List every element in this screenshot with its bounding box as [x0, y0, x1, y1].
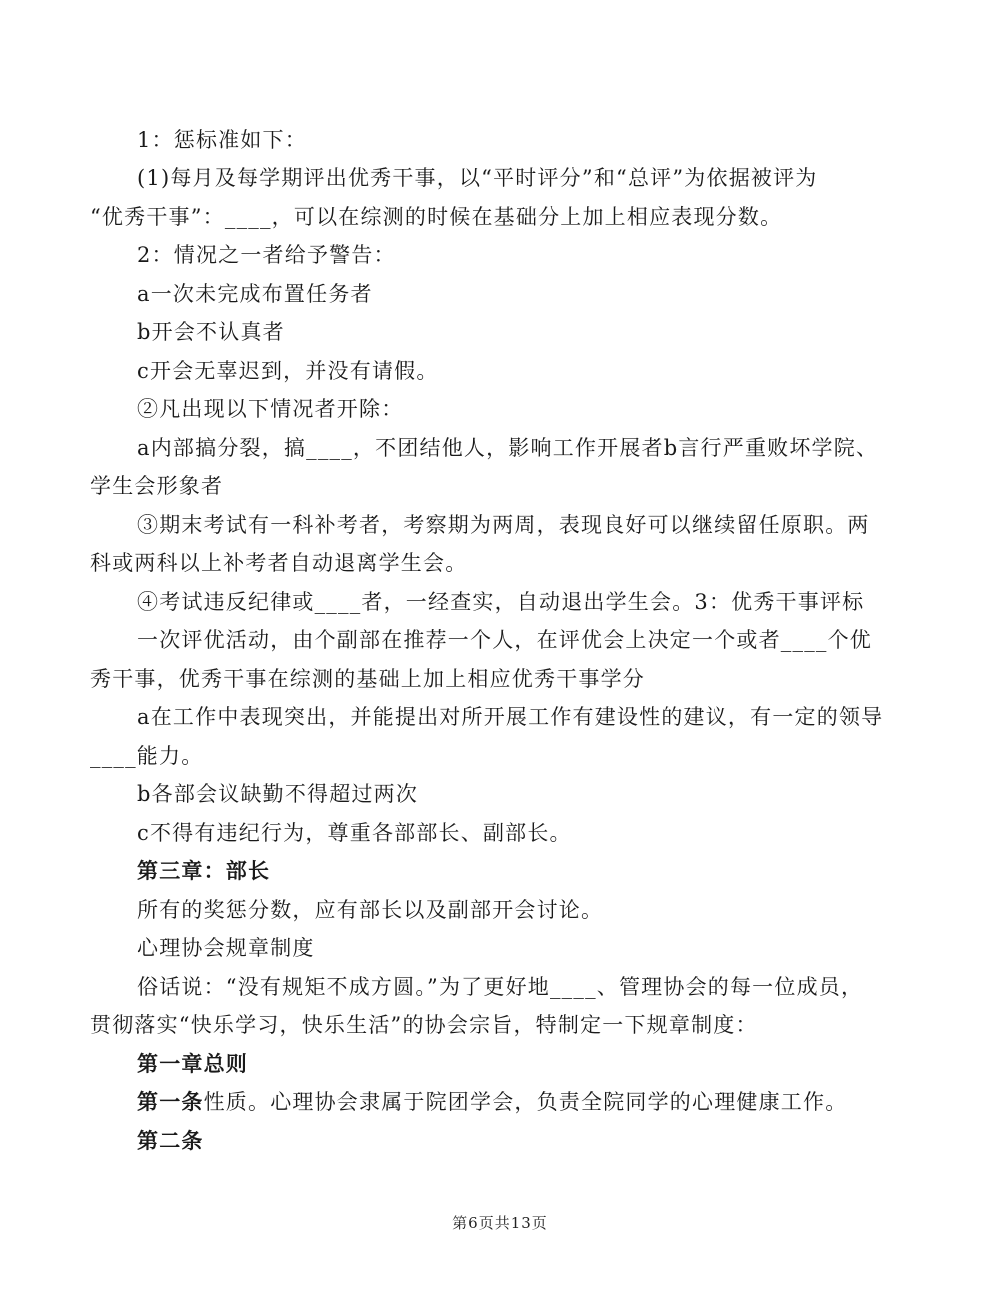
paragraph-line: 科或两科以上补考者自动退离学生会。	[90, 548, 910, 578]
paragraph-line: c不得有违纪行为，尊重各部部长、副部长。	[137, 818, 910, 848]
paragraph-line: ②凡出现以下情况者开除：	[137, 394, 910, 424]
paragraph-line: c开会无辜迟到，并没有请假。	[137, 356, 910, 386]
paragraph-line: a一次未完成布置任务者	[137, 279, 910, 309]
paragraph-line: b开会不认真者	[137, 317, 910, 347]
paragraph-line: a在工作中表现突出，并能提出对所开展工作有建设性的建议，有一定的领导	[137, 702, 910, 732]
paragraph-line: 俗话说：“没有规矩不成方圆。”为了更好地____、管理协会的每一位成员，	[137, 972, 910, 1002]
paragraph-line: 一次评优活动，由个副部在推荐一个人，在评优会上决定一个或者____个优	[137, 625, 910, 655]
article-line: 第一条性质。心理协会隶属于院团学会，负责全院同学的心理健康工作。	[137, 1087, 910, 1117]
paragraph-line: ____能力。	[90, 741, 910, 771]
paragraph-line: ③期末考试有一科补考者，考察期为两周，表现良好可以继续留任原职。两	[137, 510, 910, 540]
document-page: 1：惩标准如下： (1)每月及每学期评出优秀干事，以“平时评分”和“总评”为依据…	[0, 0, 1000, 1294]
chapter-heading: 第一章总则	[137, 1049, 910, 1079]
paragraph-line: ④考试违反纪律或____者，一经查实，自动退出学生会。3：优秀干事评标	[137, 587, 910, 617]
paragraph-line: 贯彻落实“快乐学习，快乐生活”的协会宗旨，特制定一下规章制度：	[90, 1010, 910, 1040]
paragraph-line: a内部搞分裂，搞____，不团结他人，影响工作开展者b言行严重败坏学院、	[137, 433, 910, 463]
article-text: 性质。心理协会隶属于院团学会，负责全院同学的心理健康工作。	[204, 1090, 848, 1114]
paragraph-line: 1：惩标准如下：	[137, 125, 910, 155]
article-label: 第一条	[137, 1090, 204, 1114]
paragraph-line: b各部会议缺勤不得超过两次	[137, 779, 910, 809]
chapter-heading: 第三章：部长	[137, 856, 910, 886]
paragraph-line: 2：情况之一者给予警告：	[137, 240, 910, 270]
paragraph-line: “优秀干事”：____，可以在综测的时候在基础分上加上相应表现分数。	[90, 202, 910, 232]
article-heading: 第二条	[137, 1126, 910, 1156]
paragraph-line: (1)每月及每学期评出优秀干事，以“平时评分”和“总评”为依据被评为	[137, 163, 910, 193]
paragraph-line: 秀干事，优秀干事在综测的基础上加上相应优秀干事学分	[90, 664, 910, 694]
paragraph-line: 学生会形象者	[90, 471, 910, 501]
paragraph-line: 所有的奖惩分数，应有部长以及副部开会讨论。	[137, 895, 910, 925]
section-title: 心理协会规章制度	[137, 933, 910, 963]
page-footer: 第6页共13页	[0, 1212, 1000, 1233]
